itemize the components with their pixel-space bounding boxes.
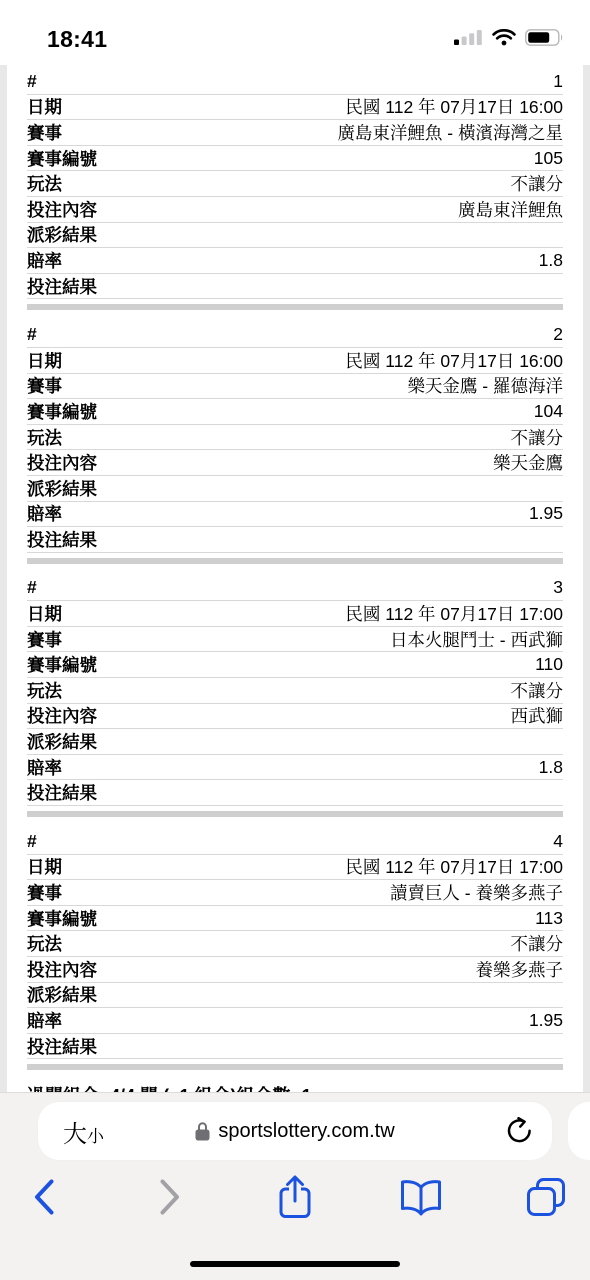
bet-row-date: 日期民國 112 年 07月17日 17:00 — [27, 855, 563, 881]
status-icons — [454, 29, 564, 51]
field-label: 玩法 — [27, 678, 62, 703]
bet-row-num: #4 — [27, 829, 563, 855]
field-label: 投注結果 — [27, 1034, 97, 1059]
status-bar: 18:41 — [0, 0, 590, 65]
bet-row-result: 投注結果 — [27, 274, 563, 300]
bet-row-event: 賽事日本火腿鬥士 - 西武獅 — [27, 627, 563, 653]
text-size-small-char: 小 — [87, 1122, 104, 1147]
bookmarks-button[interactable] — [399, 1175, 443, 1223]
address-bar-row: 大小 sportslottery.com.tw — [0, 1102, 590, 1160]
tabs-icon — [525, 1176, 567, 1223]
bet-row-payout: 派彩結果 — [27, 476, 563, 502]
status-time: 18:41 — [47, 26, 107, 53]
address-bar[interactable]: 大小 sportslottery.com.tw — [38, 1102, 552, 1160]
field-value: 不讓分 — [511, 931, 564, 956]
field-label: 投注結果 — [27, 274, 97, 299]
share-button[interactable] — [273, 1175, 317, 1223]
bet-block: #2日期民國 112 年 07月17日 16:00賽事樂天金鷹 - 羅德海洋賽事… — [27, 322, 563, 563]
field-label: 投注內容 — [27, 957, 97, 982]
field-value: 2 — [553, 324, 563, 345]
field-value: 105 — [534, 148, 563, 169]
bet-row-event_no: 賽事編號110 — [27, 652, 563, 678]
field-label: 賽事 — [27, 627, 62, 652]
field-label: 投注內容 — [27, 450, 97, 475]
field-label: 賠率 — [27, 1008, 62, 1033]
block-separator — [27, 558, 563, 564]
text-size-big-char: 大 — [63, 1114, 87, 1149]
field-value: 民國 112 年 07月17日 17:00 — [345, 601, 563, 626]
field-value: 1 — [553, 71, 563, 92]
bet-row-payout: 派彩結果 — [27, 223, 563, 249]
bet-row-result: 投注結果 — [27, 1034, 563, 1060]
field-value: 廣島東洋鯉魚 — [458, 197, 563, 222]
field-label: 賽事編號 — [27, 906, 97, 931]
field-label: 投注結果 — [27, 780, 97, 805]
field-value: 民國 112 年 07月17日 17:00 — [345, 854, 563, 879]
bet-row-event: 賽事廣島東洋鯉魚 - 橫濱海灣之星 — [27, 120, 563, 146]
bet-row-play: 玩法不讓分 — [27, 931, 563, 957]
text-size-button[interactable]: 大小 — [63, 1114, 104, 1149]
field-label: 日期 — [27, 854, 62, 879]
cellular-signal-icon — [454, 30, 483, 50]
field-label: 日期 — [27, 94, 62, 119]
bet-row-odds: 賠率1.8 — [27, 248, 563, 274]
bet-row-content: 投注內容養樂多燕子 — [27, 957, 563, 983]
block-separator — [27, 1064, 563, 1070]
bet-row-odds: 賠率1.95 — [27, 1008, 563, 1034]
chevron-left-icon — [33, 1178, 55, 1221]
field-label: 玩法 — [27, 931, 62, 956]
field-value: 1.8 — [539, 250, 563, 271]
bet-row-payout: 派彩結果 — [27, 729, 563, 755]
field-value: 日本火腿鬥士 - 西武獅 — [390, 627, 563, 652]
bet-row-result: 投注結果 — [27, 780, 563, 806]
field-label: 投注內容 — [27, 703, 97, 728]
field-value: 1.8 — [539, 757, 563, 778]
field-value: 民國 112 年 07月17日 16:00 — [345, 94, 563, 119]
field-label: 賽事編號 — [27, 399, 97, 424]
field-value: 不讓分 — [511, 425, 564, 450]
block-separator — [27, 304, 563, 310]
field-label: # — [27, 71, 37, 92]
bet-list: #1日期民國 112 年 07月17日 16:00賽事廣島東洋鯉魚 - 橫濱海灣… — [27, 69, 563, 1070]
field-value: 104 — [534, 401, 563, 422]
next-tab-peek[interactable] — [568, 1102, 590, 1160]
bet-row-date: 日期民國 112 年 07月17日 16:00 — [27, 348, 563, 374]
back-button[interactable] — [22, 1175, 66, 1223]
tabs-button[interactable] — [524, 1175, 568, 1223]
bet-row-content: 投注內容樂天金鷹 — [27, 450, 563, 476]
field-value: 4 — [553, 831, 563, 852]
field-value: 廣島東洋鯉魚 - 橫濱海灣之星 — [337, 120, 563, 145]
bet-row-event: 賽事讀賣巨人 - 養樂多燕子 — [27, 880, 563, 906]
field-value: 不讓分 — [511, 678, 564, 703]
block-separator — [27, 811, 563, 817]
field-label: 派彩結果 — [27, 222, 97, 247]
bet-row-event_no: 賽事編號105 — [27, 146, 563, 172]
bet-block: #4日期民國 112 年 07月17日 17:00賽事讀賣巨人 - 養樂多燕子賽… — [27, 829, 563, 1070]
field-value: 113 — [535, 908, 563, 929]
bet-row-play: 玩法不讓分 — [27, 678, 563, 704]
battery-icon — [525, 29, 564, 51]
field-label: 投注結果 — [27, 527, 97, 552]
chevron-right-icon — [159, 1178, 181, 1221]
field-label: 派彩結果 — [27, 476, 97, 501]
field-label: 投注內容 — [27, 197, 97, 222]
field-value: 民國 112 年 07月17日 16:00 — [345, 348, 563, 373]
bet-row-odds: 賠率1.8 — [27, 755, 563, 781]
wifi-icon — [492, 29, 516, 51]
field-label: 賠率 — [27, 248, 62, 273]
field-label: 日期 — [27, 348, 62, 373]
bet-row-event_no: 賽事編號113 — [27, 906, 563, 932]
field-label: 玩法 — [27, 171, 62, 196]
field-value: 養樂多燕子 — [476, 957, 564, 982]
bet-row-play: 玩法不讓分 — [27, 171, 563, 197]
field-label: # — [27, 577, 37, 598]
share-icon — [276, 1174, 314, 1225]
field-label: 賠率 — [27, 755, 62, 780]
field-value: 1.95 — [529, 1010, 563, 1031]
bet-block: #3日期民國 112 年 07月17日 17:00賽事日本火腿鬥士 - 西武獅賽… — [27, 576, 563, 817]
field-label: 派彩結果 — [27, 729, 97, 754]
field-label: 賽事編號 — [27, 146, 97, 171]
bet-row-num: #2 — [27, 322, 563, 348]
field-label: 賽事編號 — [27, 652, 97, 677]
forward-button[interactable] — [148, 1175, 192, 1223]
home-indicator[interactable] — [190, 1261, 400, 1267]
field-label: 賽事 — [27, 120, 62, 145]
bet-row-content: 投注內容西武獅 — [27, 704, 563, 730]
field-value: 不讓分 — [511, 171, 564, 196]
bet-row-content: 投注內容廣島東洋鯉魚 — [27, 197, 563, 223]
reload-button[interactable] — [505, 1117, 533, 1145]
bet-row-num: #1 — [27, 69, 563, 95]
field-value: 讀賣巨人 - 養樂多燕子 — [390, 880, 563, 905]
field-value: 3 — [553, 577, 563, 598]
field-label: 日期 — [27, 601, 62, 626]
bet-block: #1日期民國 112 年 07月17日 16:00賽事廣島東洋鯉魚 - 橫濱海灣… — [27, 69, 563, 310]
field-label: 賽事 — [27, 373, 62, 398]
field-value: 樂天金鷹 — [493, 450, 563, 475]
bet-row-event_no: 賽事編號104 — [27, 399, 563, 425]
field-label: # — [27, 324, 37, 345]
field-value: 1.95 — [529, 503, 563, 524]
url-text: sportslottery.com.tw — [218, 1120, 394, 1143]
field-value: 110 — [535, 654, 563, 675]
field-label: 玩法 — [27, 425, 62, 450]
lock-icon — [195, 1121, 210, 1141]
book-icon — [398, 1177, 444, 1222]
iphone-screen: 18:41 — [0, 0, 590, 1280]
field-value: 樂天金鷹 - 羅德海洋 — [407, 373, 563, 398]
field-label: 賽事 — [27, 880, 62, 905]
safari-bottom-bar: 大小 sportslottery.com.tw — [0, 1092, 590, 1280]
field-label: 賠率 — [27, 501, 62, 526]
bet-row-result: 投注結果 — [27, 527, 563, 553]
bet-row-date: 日期民國 112 年 07月17日 16:00 — [27, 95, 563, 121]
safari-toolbar — [0, 1173, 590, 1225]
field-value: 西武獅 — [511, 703, 564, 728]
bet-row-num: #3 — [27, 576, 563, 602]
bet-row-event: 賽事樂天金鷹 - 羅德海洋 — [27, 374, 563, 400]
bet-row-date: 日期民國 112 年 07月17日 17:00 — [27, 601, 563, 627]
bet-row-payout: 派彩結果 — [27, 983, 563, 1009]
bet-row-odds: 賠率1.95 — [27, 502, 563, 528]
url-display: sportslottery.com.tw — [38, 1102, 552, 1160]
bet-row-play: 玩法不讓分 — [27, 425, 563, 451]
field-label: 派彩結果 — [27, 982, 97, 1007]
field-label: # — [27, 831, 37, 852]
